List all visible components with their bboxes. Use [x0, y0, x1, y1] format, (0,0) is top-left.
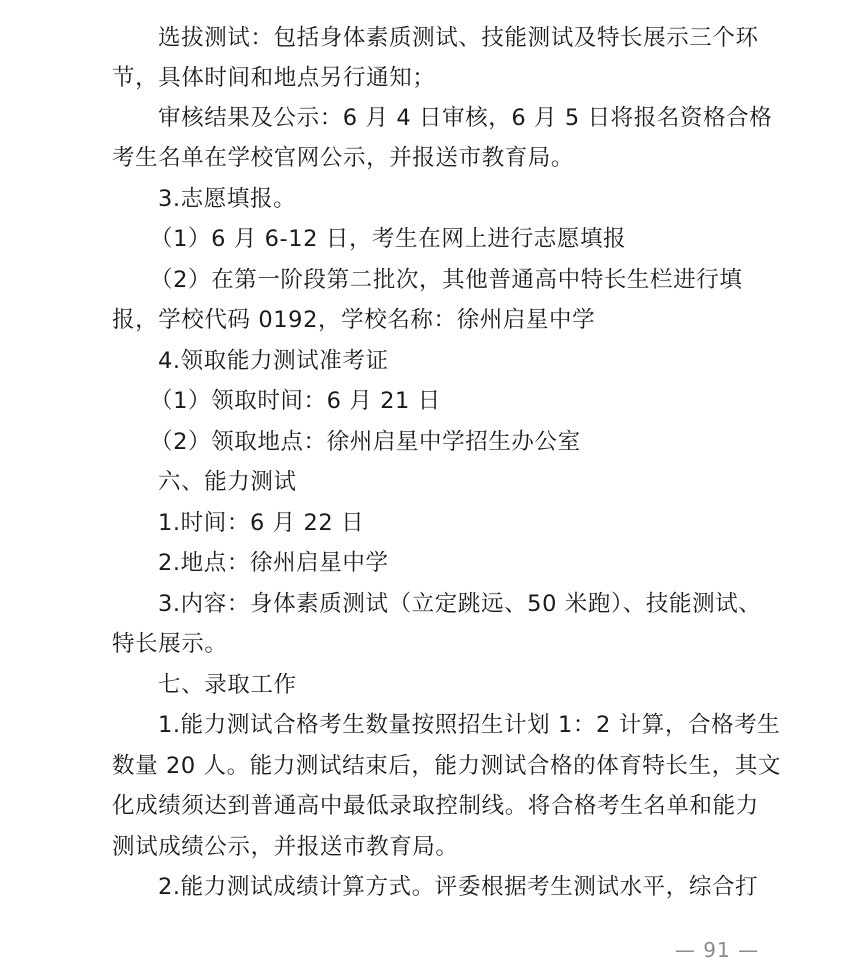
paragraph-line: 1.能力测试合格考生数量按照招生计划 1：2 计算，合格考生	[158, 705, 808, 745]
list-item: （1）领取时间：6 月 21 日	[150, 381, 800, 421]
paragraph-line: 报，学校代码 0192，学校名称：徐州启星中学	[112, 300, 762, 340]
paragraph-line: 2.能力测试成绩计算方式。评委根据考生测试水平，综合打	[158, 867, 808, 907]
paragraph-line: 化成绩须达到普通高中最低录取控制线。将合格考生名单和能力	[112, 786, 762, 826]
list-item: （2）领取地点：徐州启星中学招生办公室	[150, 422, 800, 462]
paragraph-line: 特长展示。	[112, 624, 762, 664]
page-number: — 91 —	[672, 934, 762, 966]
chapter-heading: 七、录取工作	[158, 665, 808, 705]
list-item: 2.地点：徐州启星中学	[158, 543, 808, 583]
paragraph-line: 审核结果及公示：6 月 4 日审核，6 月 5 日将报名资格合格	[158, 98, 808, 138]
paragraph-line: 节，具体时间和地点另行通知；	[112, 58, 762, 98]
list-item: 1.时间：6 月 22 日	[158, 503, 808, 543]
list-item: （1）6 月 6-12 日，考生在网上进行志愿填报	[150, 219, 800, 259]
paragraph-line: 测试成绩公示，并报送市教育局。	[112, 827, 762, 867]
section-heading: 3.志愿填报。	[158, 179, 808, 219]
paragraph-line: 考生名单在学校官网公示，并报送市教育局。	[112, 138, 762, 178]
list-item: 3.内容：身体素质测试（立定跳远、50 米跑）、技能测试、	[158, 584, 808, 624]
list-item: （2）在第一阶段第二批次，其他普通高中特长生栏进行填	[150, 260, 800, 300]
chapter-heading: 六、能力测试	[158, 462, 808, 502]
paragraph-line: 选拔测试：包括身体素质测试、技能测试及特长展示三个环	[158, 18, 808, 58]
document-page: 选拔测试：包括身体素质测试、技能测试及特长展示三个环 节，具体时间和地点另行通知…	[0, 0, 864, 975]
section-heading: 4.领取能力测试准考证	[158, 341, 808, 381]
paragraph-line: 数量 20 人。能力测试结束后，能力测试合格的体育特长生，其文	[112, 746, 762, 786]
